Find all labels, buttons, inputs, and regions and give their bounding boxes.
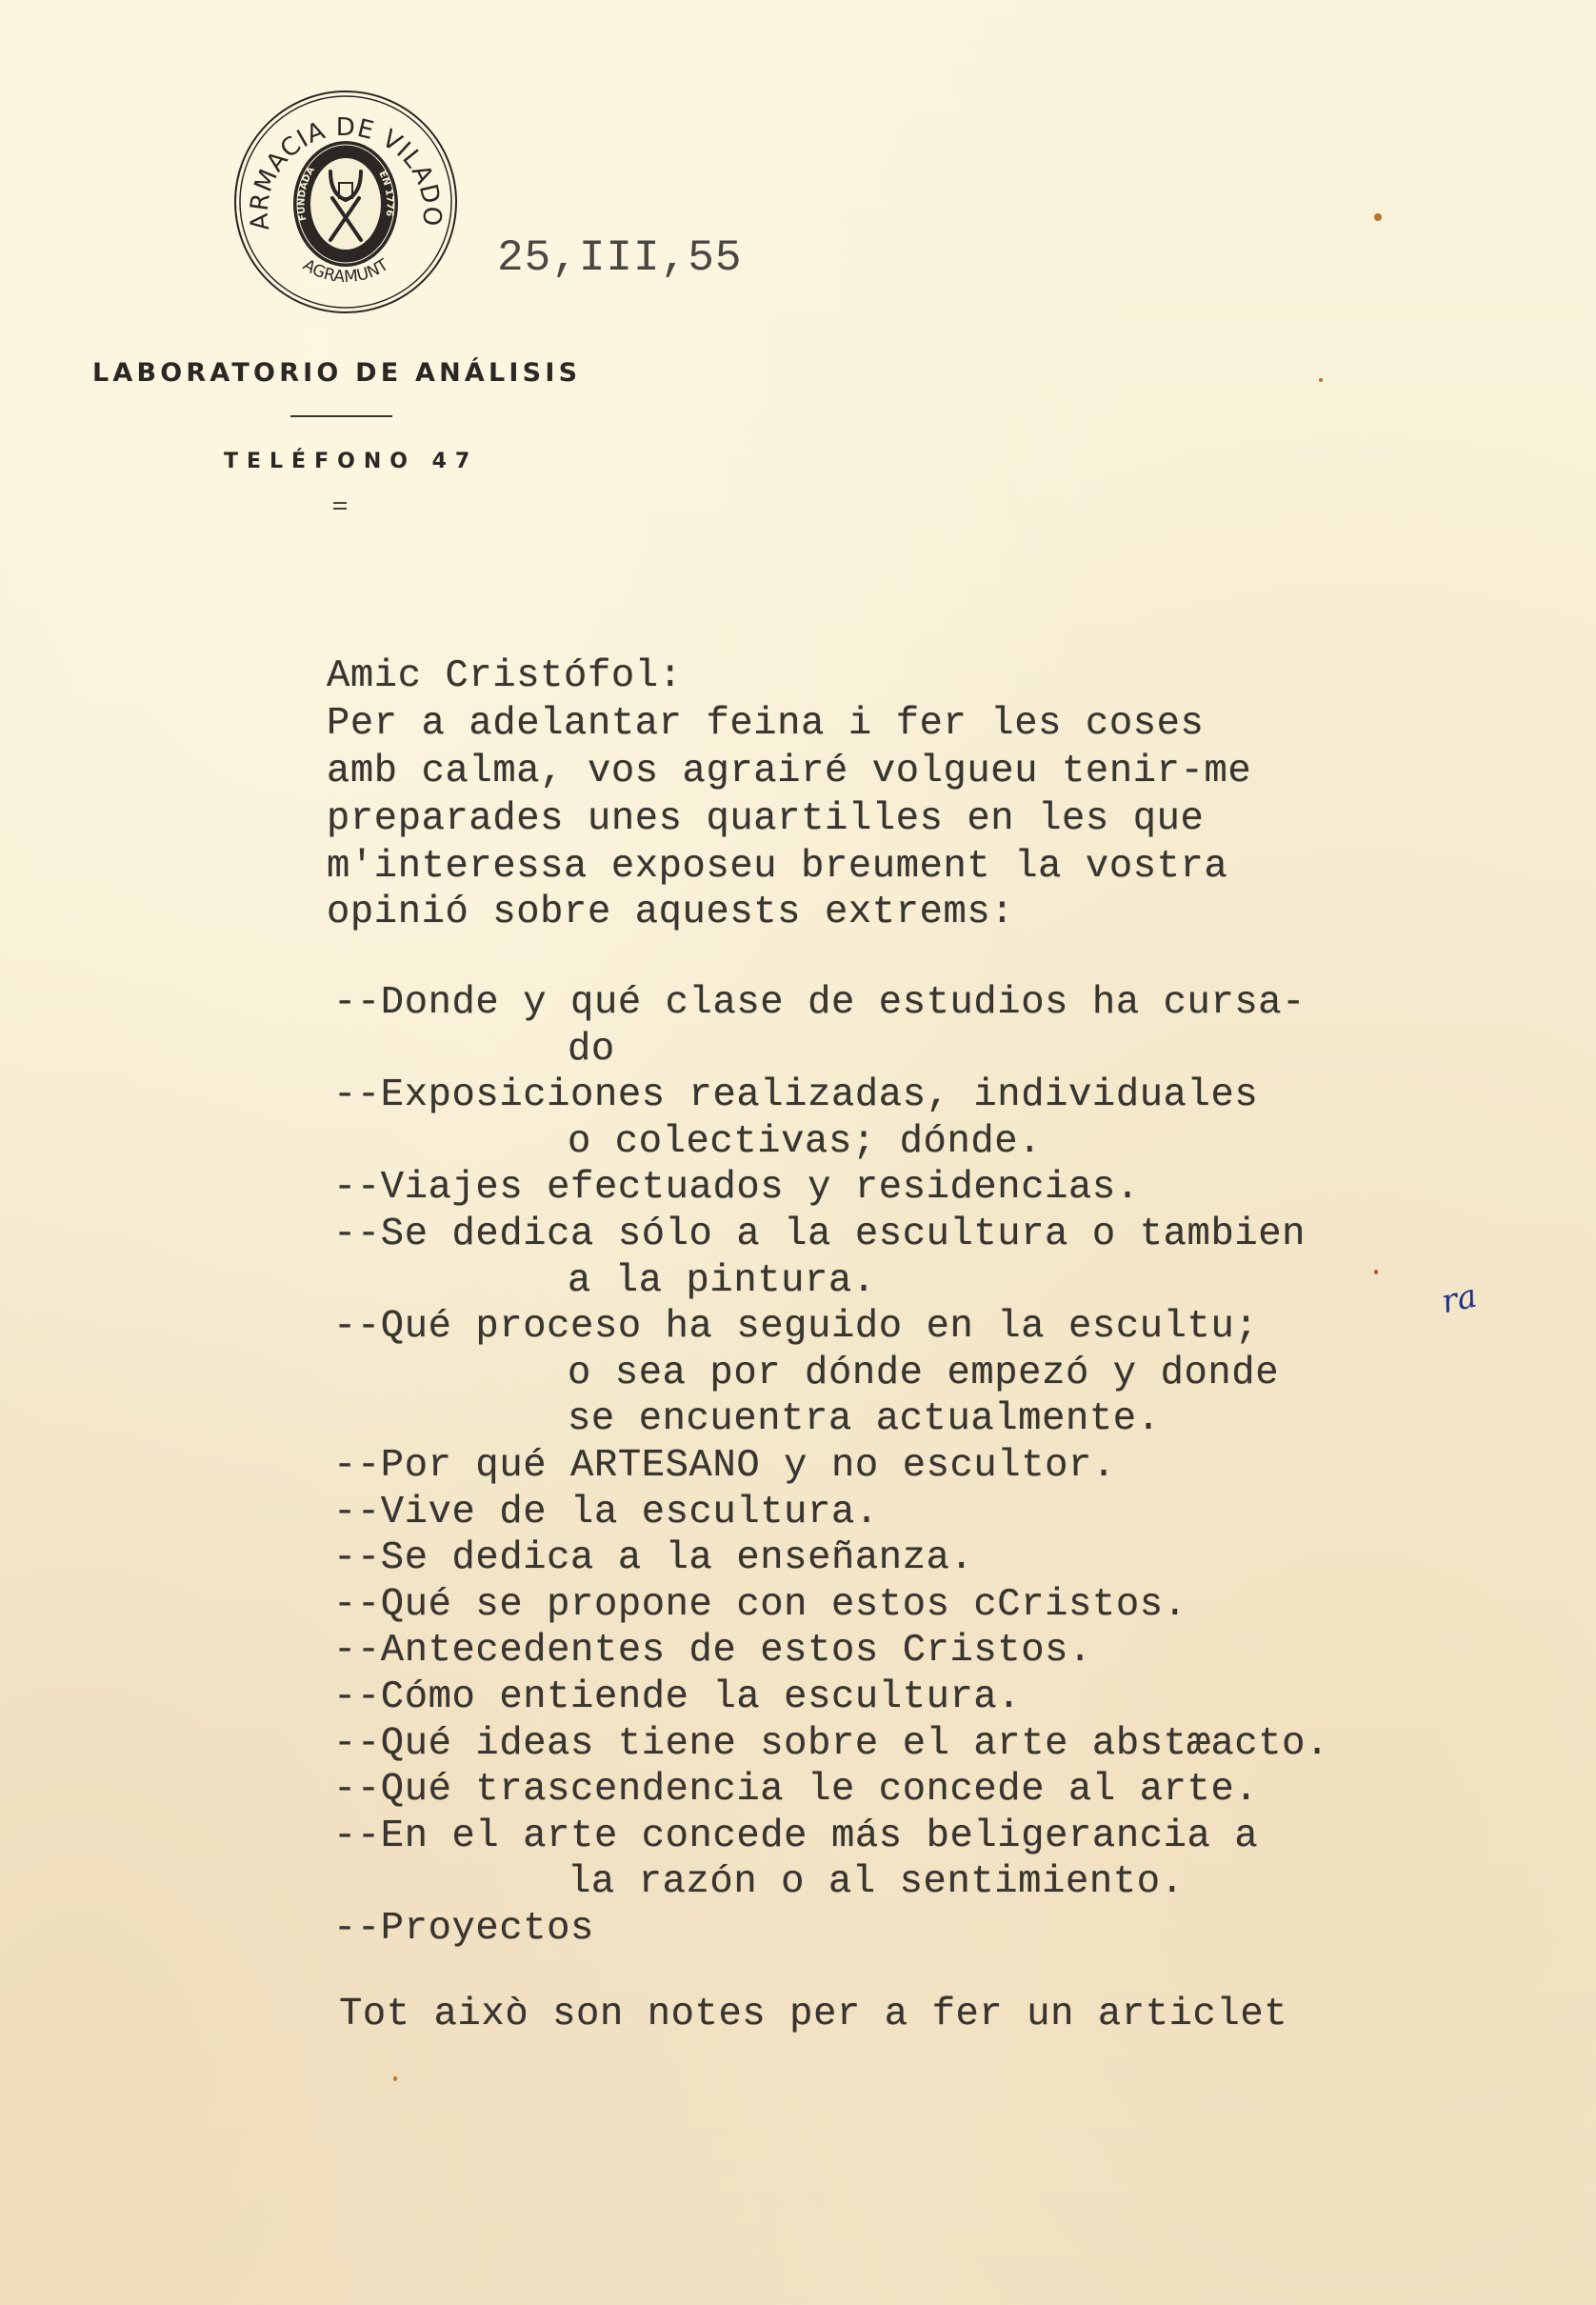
intro-line: preparades unes quartilles en les que	[327, 800, 1204, 839]
question-item: --En el arte concede más beligerancia a	[333, 1817, 1258, 1856]
paper-speck	[1374, 1270, 1378, 1274]
pharmacy-logo-seal: FARMACIA DE VILADOT AGRAMUNT FUNDADA EN …	[231, 88, 460, 316]
question-item: --Se dedica sólo a la escultura o tambie…	[333, 1215, 1306, 1254]
letter-date: 25,III,55	[497, 233, 742, 283]
question-item: --Vive de la escultura.	[333, 1493, 879, 1533]
closing-line: Tot això son notes per a fer un articlet	[339, 1995, 1287, 2034]
paper-speck	[1319, 378, 1323, 382]
intro-line: amb calma, vos agrairé volgueu tenir-me	[327, 752, 1251, 792]
question-item: --Se dedica a la enseñanza.	[333, 1539, 973, 1578]
paper-speck	[393, 2076, 397, 2081]
question-item: --Donde y qué clase de estudios ha cursa…	[333, 984, 1306, 1023]
question-item: --Por qué ARTESANO y no escultor.	[333, 1447, 1116, 1486]
question-continuation: o colectivas; dónde.	[568, 1123, 1042, 1162]
intro-line: opinió sobre aquests extrems:	[327, 893, 1014, 932]
intro-line: m'interessa exposeu breument la vostra	[327, 848, 1227, 887]
intro-line: Per a adelantar feina i fer les coses	[327, 705, 1204, 744]
question-continuation: a la pintura.	[568, 1262, 876, 1301]
question-continuation: o sea por dónde empezó y donde	[568, 1354, 1279, 1393]
phone-number: TELÉFONO 47	[224, 450, 478, 473]
letterhead-divider	[290, 415, 392, 417]
question-item: --Qué se propone con estos cCristos.	[333, 1586, 1187, 1625]
question-item: --Qué trascendencia le concede al arte.	[333, 1771, 1258, 1810]
handwritten-correction: ra	[1438, 1277, 1480, 1322]
double-rule-mark	[333, 502, 347, 513]
question-continuation: se encuentra actualmente.	[568, 1400, 1161, 1439]
question-continuation: do	[568, 1031, 615, 1070]
lab-title: LABORATORIO DE ANÁLISIS	[92, 358, 581, 388]
salutation: Amic Cristófol:	[327, 657, 683, 696]
seal-emblem-icon: FARMACIA DE VILADOT AGRAMUNT FUNDADA EN …	[231, 88, 460, 316]
question-item: --Qué ideas tiene sobre el arte abstæact…	[333, 1725, 1329, 1764]
question-item: --Antecedentes de estos Cristos.	[333, 1632, 1092, 1671]
question-item: --Exposiciones realizadas, individuales	[333, 1076, 1258, 1115]
question-item: --Qué proceso ha seguido en la escultu;	[333, 1308, 1258, 1347]
question-item: --Cómo entiende la escultura.	[333, 1678, 1021, 1717]
question-continuation: la razón o al sentimiento.	[568, 1863, 1185, 1902]
question-item: --Viajes efectuados y residencias.	[333, 1169, 1140, 1208]
question-item: --Proyectos	[333, 1910, 594, 1949]
paper-speck	[1374, 213, 1382, 221]
